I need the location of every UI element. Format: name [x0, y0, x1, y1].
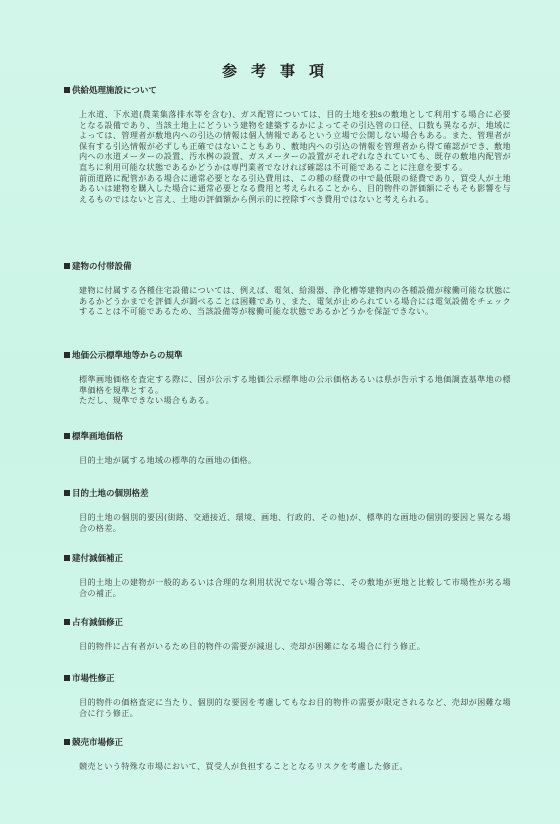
- section-heading: 地価公示標準地等からの規準: [64, 351, 514, 362]
- square-bullet-icon: [64, 490, 70, 496]
- section-body: 目的物件の価格査定に当たり、個別的な要因を考慮してもなお目的物件の需要が限定され…: [79, 697, 511, 718]
- square-bullet-icon: [64, 739, 70, 745]
- paragraph: 目的物件の価格査定に当たり、個別的な要因を考慮してもなお目的物件の需要が限定され…: [79, 697, 511, 718]
- section-body: 競売という特殊な市場において、買受人が負担することとなるリスクを考慮した修正。: [79, 761, 511, 772]
- paragraph: 標準画地価格を査定する際に、国が公示する地価公示標準地の公示価格あるいは県が告示…: [79, 374, 511, 395]
- section-heading-text: 供給処理施設について: [72, 86, 157, 96]
- paragraph: 目的物件に占有者がいるため目的物件の需要が減退し、売却が困難になる場合に行う修正…: [79, 641, 511, 652]
- section-heading: 占有減価修正: [64, 618, 514, 629]
- paragraph: 上水道、下水道(農業集落排水等を含む)、ガス配管については、目的土地を独sの敷地…: [79, 109, 511, 173]
- paragraph: 目的土地上の建物が一般的あるいは合理的な利用状況でない場合等に、その敷地が更地と…: [79, 577, 511, 598]
- section-heading-text: 地価公示標準地等からの規準: [72, 351, 183, 361]
- section-heading: 目的土地の個別格差: [64, 489, 514, 500]
- section-body: 標準画地価格を査定する際に、国が公示する地価公示標準地の公示価格あるいは県が告示…: [79, 374, 511, 406]
- section-individual-difference: 目的土地の個別格差 目的土地の個別的要因(街路、交通接近、環境、画地、行政的、そ…: [64, 489, 514, 533]
- section-marketability-correction: 市場性修正 目的物件の価格査定に当たり、個別的な要因を考慮してもなお目的物件の需…: [64, 674, 514, 718]
- section-body: 目的土地上の建物が一般的あるいは合理的な利用状況でない場合等に、その敷地が更地と…: [79, 577, 511, 598]
- section-body: 建物に付属する各種住宅設備については、例えば、電気、給湯器、浄化槽等建物内の各種…: [79, 285, 511, 317]
- paragraph: 建物に付属する各種住宅設備については、例えば、電気、給湯器、浄化槽等建物内の各種…: [79, 285, 511, 317]
- section-building-equipment: 建物の付帯設備 建物に付属する各種住宅設備については、例えば、電気、給湯器、浄化…: [64, 262, 514, 317]
- section-heading-text: 市場性修正: [72, 674, 115, 684]
- section-heading-text: 標準画地価格: [72, 432, 123, 442]
- section-body: 上水道、下水道(農業集落排水等を含む)、ガス配管については、目的土地を独sの敷地…: [79, 109, 511, 204]
- paragraph: 目的土地が属する地域の標準的な画地の価格。: [79, 455, 511, 466]
- section-standard-lot-price: 標準画地価格 目的土地が属する地域の標準的な画地の価格。: [64, 432, 514, 466]
- section-occupancy-correction: 占有減価修正 目的物件に占有者がいるため目的物件の需要が減退し、売却が困難になる…: [64, 618, 514, 652]
- page-title: 参考事項: [0, 60, 560, 81]
- section-heading: 市場性修正: [64, 674, 514, 685]
- section-heading: 建物の付帯設備: [64, 262, 514, 273]
- section-supply-facilities: 供給処理施設について 上水道、下水道(農業集落排水等を含む)、ガス配管については…: [64, 86, 514, 204]
- section-body: 目的土地の個別的要因(街路、交通接近、環境、画地、行政的、その他)が、標準的な画…: [79, 512, 511, 533]
- section-heading-text: 建付減価補正: [72, 554, 123, 564]
- section-body: 目的物件に占有者がいるため目的物件の需要が減退し、売却が困難になる場合に行う修正…: [79, 641, 511, 652]
- paragraph: 前面道路に配管がある場合に通常必要となる引込費用は、この種の経費の中で最低限の経…: [79, 173, 511, 205]
- square-bullet-icon: [64, 263, 70, 269]
- section-heading: 標準画地価格: [64, 432, 514, 443]
- section-heading-text: 競売市場修正: [72, 738, 123, 748]
- section-heading-text: 建物の付帯設備: [72, 262, 132, 272]
- square-bullet-icon: [64, 433, 70, 439]
- paragraph: ただし、規準できない場合もある。: [79, 395, 511, 406]
- section-auction-market-correction: 競売市場修正 競売という特殊な市場において、買受人が負担することとなるリスクを考…: [64, 738, 514, 772]
- section-heading-text: 占有減価修正: [72, 618, 123, 628]
- section-heading: 建付減価補正: [64, 554, 514, 565]
- square-bullet-icon: [64, 87, 70, 93]
- section-benchmark-land: 地価公示標準地等からの規準 標準画地価格を査定する際に、国が公示する地価公示標準…: [64, 351, 514, 406]
- square-bullet-icon: [64, 555, 70, 561]
- square-bullet-icon: [64, 352, 70, 358]
- section-body: 目的土地が属する地域の標準的な画地の価格。: [79, 455, 511, 466]
- paragraph: 競売という特殊な市場において、買受人が負担することとなるリスクを考慮した修正。: [79, 761, 511, 772]
- section-building-depreciation: 建付減価補正 目的土地上の建物が一般的あるいは合理的な利用状況でない場合等に、そ…: [64, 554, 514, 598]
- section-heading: 供給処理施設について: [64, 86, 514, 97]
- paragraph: 目的土地の個別的要因(街路、交通接近、環境、画地、行政的、その他)が、標準的な画…: [79, 512, 511, 533]
- square-bullet-icon: [64, 619, 70, 625]
- document-page: 参考事項 供給処理施設について 上水道、下水道(農業集落排水等を含む)、ガス配管…: [0, 0, 560, 824]
- square-bullet-icon: [64, 675, 70, 681]
- section-heading-text: 目的土地の個別格差: [72, 489, 149, 499]
- section-heading: 競売市場修正: [64, 738, 514, 749]
